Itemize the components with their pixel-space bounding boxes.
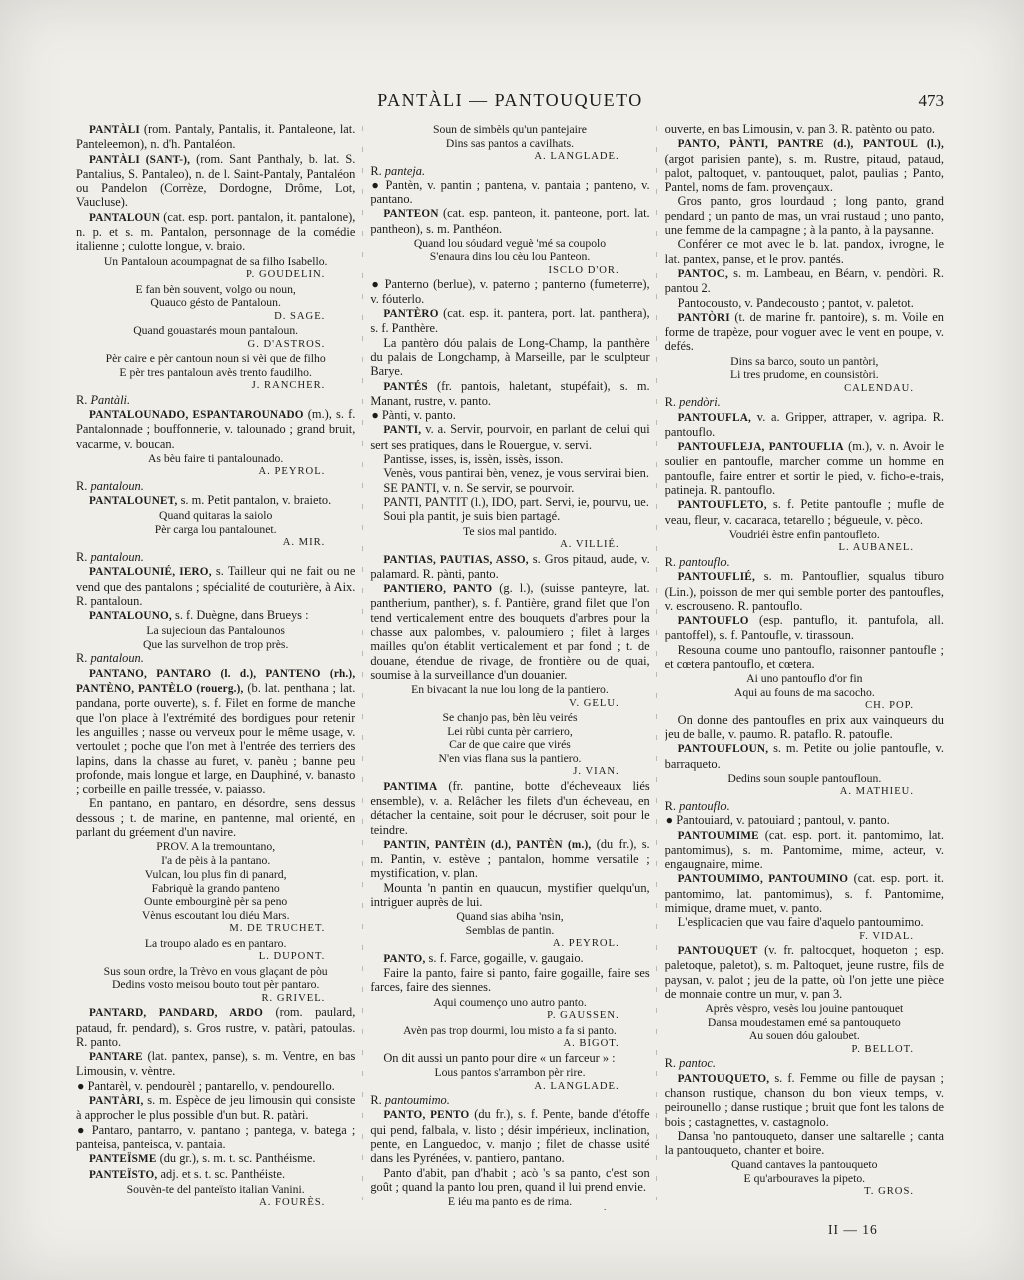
etymology-reference: R. pendòri. xyxy=(665,395,944,409)
dictionary-entry: PANTÒRI (t. de marine fr. pantoire), s. … xyxy=(665,310,944,354)
verse-quote: Sus soun ordre, la Trèvo en vous glaçant… xyxy=(76,964,355,992)
paragraph: Faire la panto, faire si panto, faire go… xyxy=(370,966,649,995)
verse-line: Quand quitaras la saiolo xyxy=(76,509,355,523)
headword: PANTO, PENTO xyxy=(383,1109,469,1121)
verse-line: Vulcan, lou plus fin di panard, xyxy=(76,868,355,882)
headword: PANTO, PÀNTI, PANTRE (d.), PANTOUL (l.), xyxy=(678,138,944,150)
etymon: pantaloun. xyxy=(90,550,143,564)
verse-line: Dansa moudestamen emé sa pantouqueto xyxy=(665,1016,944,1030)
cross-reference-note: ● Pantouiard, v. patouiard ; pantoul, v.… xyxy=(665,813,944,827)
verse-line: Quand cantaves la pantouqueto xyxy=(665,1158,944,1172)
verse-line: Aqui coumenço uno autro panto. xyxy=(370,996,649,1010)
headword: PANTIAS, PAUTIAS, ASSO, xyxy=(383,554,528,566)
verse-line: Dins sa barco, souto un pantòri, xyxy=(665,355,944,369)
citation-author: R. GRIVEL. xyxy=(76,992,355,1006)
citation-author: A. BIGOT. xyxy=(370,1037,649,1051)
etymology-reference: R. pantaloun. xyxy=(76,479,355,493)
citation-author: D. SAGE. xyxy=(76,310,355,324)
dictionary-entry: PANTI, v. a. Servir, pourvoir, en parlan… xyxy=(370,422,649,452)
headword: PANTOUMIMO, PANTOUMINO xyxy=(678,873,849,885)
paragraph: Soui pla pantit, je suis bien partagé. xyxy=(370,509,649,523)
headword: PANTOUFLEJA, PANTOUFLIA xyxy=(678,441,844,453)
verse-quote: La troupo alado es en pantaro. xyxy=(76,936,355,951)
verse-line: E pèr tres pantaloun avès trento faudilh… xyxy=(76,366,355,380)
dictionary-entry: PANTOUFLIÉ, s. m. Pantouflier, squalus t… xyxy=(665,569,944,613)
verse-line: Dedins vosto meisou bouto tout pèr panta… xyxy=(76,978,355,992)
verse-line: Pèr carga lou pantalounet. xyxy=(76,523,355,537)
headword: PANTO, xyxy=(383,953,425,965)
verse-line: As bèu faire ti pantalounado. xyxy=(76,452,355,466)
dictionary-entry: PANTOUMIMO, PANTOUMINO (cat. esp. port. … xyxy=(665,871,944,915)
paragraph: L'esplicacien que vau faire d'aquelo pan… xyxy=(665,915,944,929)
verse-quote: Quand gouastarés moun pantaloun. xyxy=(76,323,355,338)
paragraph: Panto d'abit, pan d'habit ; acò 's sa pa… xyxy=(370,1166,649,1195)
paragraph: SE PANTI, v. n. Se servir, se pourvoir. xyxy=(370,481,649,495)
dictionary-entry: PANTO, PENTO (du fr.), s. f. Pente, band… xyxy=(370,1107,649,1165)
verse-quote: La sujecioun das PantalounosQue las surv… xyxy=(76,623,355,651)
etymon: pantoumimo. xyxy=(385,1093,450,1107)
paragraph-continuation: ouverte, en bas Limousin, v. pan 3. R. p… xyxy=(665,122,944,136)
verse-quote: Se chanjo pas, bèn lèu veirésLei rùbi cu… xyxy=(370,710,649,765)
citation-author: A. LANGLADE. xyxy=(370,150,649,164)
verse-quote: Après vèspro, vesès lou jouine pantouque… xyxy=(665,1001,944,1043)
headword: PANTANO, PANTARO (l. d.), PANTENO (rh.),… xyxy=(76,668,355,695)
verse-line: N'en vias flana sus la pantiero. xyxy=(370,752,649,766)
verse-line: Sus soun ordre, la Trèvo en vous glaçant… xyxy=(76,965,355,979)
citation-author: ISCLO D'OR. xyxy=(370,264,649,278)
headword: PANTOUFLA, xyxy=(678,412,751,424)
headword: PANTALOUNIÉ, IERO, xyxy=(89,566,212,578)
citation-author: J. RANCHER. xyxy=(76,379,355,393)
verse-line: Souvèn-te del panteïsto italian Vanini. xyxy=(76,1183,355,1197)
dictionary-entry: PANTÈRO (cat. esp. it. pantera, port. la… xyxy=(370,306,649,336)
headword: PANTALOUN xyxy=(89,212,160,224)
dictionary-entry: PANTALOUNET, s. m. Petit pantalon, v. br… xyxy=(76,493,355,508)
verse-line: Lous pantos s'arrambon pèr rire. xyxy=(370,1066,649,1080)
citation-author: P. BELLOT. xyxy=(665,1043,944,1057)
signature-mark: II — 16 xyxy=(828,1222,878,1238)
citation-author: A. PEYROL. xyxy=(76,465,355,479)
verse-quote: As bèu faire ti pantalounado. xyxy=(76,451,355,466)
running-head: PANTÀLI — PANTOUQUETO 473 xyxy=(76,90,944,118)
verse-line: E iéu ma panto es de rima. xyxy=(370,1195,649,1209)
paragraph: PANTI, PANTIT (l.), IDO, part. Servi, ie… xyxy=(370,495,649,509)
citation-author: G. D'ASTROS. xyxy=(76,338,355,352)
verse-line: Li tres prudome, en counsistòri. xyxy=(665,368,944,382)
headword: PANTOC, xyxy=(678,268,728,280)
etymology-reference: R. panteja. xyxy=(370,164,649,178)
headword: PANTÀLI xyxy=(89,124,140,136)
citation-author: M. DE TRUCHET. xyxy=(76,922,355,936)
paragraph: Pantisse, isses, is, issèn, issès, isson… xyxy=(370,452,649,466)
verse-line: Fabriquè la grando panteno xyxy=(76,882,355,896)
verse-line: Aqui au founs de ma sacocho. xyxy=(665,686,944,700)
citation-author: V. GELU. xyxy=(370,697,649,711)
etymon: pantoc. xyxy=(679,1056,716,1070)
headword: PANTOUMIME xyxy=(678,830,759,842)
verse-line: Vènus escoutant lou diéu Mars. xyxy=(76,909,355,923)
verse-line: Voudriéi èstre enfin pantoufleto. xyxy=(665,528,944,542)
verse-quote: Quand sias abiha 'nsin,Semblas de pantin… xyxy=(370,909,649,937)
paragraph: Gros panto, gros lourdaud ; long panto, … xyxy=(665,194,944,237)
verse-quote: Dins sa barco, souto un pantòri,Li tres … xyxy=(665,354,944,382)
dictionary-entry: PANTEÏSTO, adj. et s. t. sc. Panthéiste. xyxy=(76,1167,355,1182)
headword: PANTOUFLOUN, xyxy=(678,743,769,755)
verse-quote: Vulcan, lou plus fin di panard,Fabriquè … xyxy=(76,867,355,922)
citation-author: CALENDAU. xyxy=(665,382,944,396)
verse-line: Lei rùbi cunta pèr carriero, xyxy=(370,725,649,739)
headword: PANTÉS xyxy=(383,381,428,393)
verse-line: E fan bèn souvent, volgo ou noun, xyxy=(76,283,355,297)
headword: PANTÈRO xyxy=(383,308,438,320)
etymon: Pantàli. xyxy=(90,393,130,407)
etymology-reference: R. pantouflo. xyxy=(665,555,944,569)
citation-author: CH. POP. xyxy=(665,699,944,713)
etymology-reference: R. pantoc. xyxy=(665,1056,944,1070)
etymology-reference: R. pantaloun. xyxy=(76,651,355,665)
verse-line: Un Pantaloun acoumpagnat de sa filho Isa… xyxy=(76,255,355,269)
paragraph: Mounta 'n pantin en quaucun, mystifier q… xyxy=(370,881,649,910)
verse-line: Semblas de pantin. xyxy=(370,924,649,938)
paragraph: En pantano, en pantaro, en désordre, sen… xyxy=(76,796,355,839)
citation-author: J. VIAN. xyxy=(370,765,649,779)
verse-line: Après vèspro, vesès lou jouine pantouque… xyxy=(665,1002,944,1016)
headword: PANTOUFLO xyxy=(678,615,749,627)
paragraph: Pantocousto, v. Pandecousto ; pantot, v.… xyxy=(665,296,944,310)
etymon: pantouflo. xyxy=(679,555,730,569)
dictionary-entry: PANTOUFLA, v. a. Gripper, attraper, v. a… xyxy=(665,410,944,440)
cross-reference-note: ● Pantarèl, v. pendourèl ; pantarello, v… xyxy=(76,1079,355,1093)
page-content: PANTÀLI — PANTOUQUETO 473 PANTÀLI (rom. … xyxy=(76,90,944,1210)
dictionary-entry: PANTOUQUETO, s. f. Femme ou fille de pay… xyxy=(665,1071,944,1129)
citation-author: L. DUPONT. xyxy=(76,950,355,964)
headword: PANTOUFLIÉ, xyxy=(678,571,755,583)
headword: PANTI, xyxy=(383,424,421,436)
paragraph: On dit aussi un panto pour dire « un far… xyxy=(370,1051,649,1065)
verse-quote: Ai uno pantouflo d'or finAqui au founs d… xyxy=(665,671,944,699)
verse-line: Que las survelhon de trop près. xyxy=(76,638,355,652)
verse-quote: Pèr caire e pèr cantoun noun si vèi que … xyxy=(76,351,355,379)
verse-line: PROV. A la tremountano, xyxy=(76,840,355,854)
verse-quote: Souvèn-te del panteïsto italian Vanini. xyxy=(76,1182,355,1197)
verse-line: Ounte embourginè pèr sa peno xyxy=(76,895,355,909)
dictionary-entry: PANTÀLI (SANT-), (rom. Sant Panthaly, b.… xyxy=(76,152,355,210)
headword: PANTEÏSME xyxy=(89,1153,156,1165)
etymon: pantaloun. xyxy=(90,651,143,665)
verse-quote: Aqui coumenço uno autro panto. xyxy=(370,995,649,1010)
dictionary-entry: PANTO, s. f. Farce, gogaille, v. gaugaio… xyxy=(370,951,649,966)
dictionary-entry: PANTOUFLO (esp. pantuflo, it. pantufola,… xyxy=(665,613,944,643)
dictionary-entry: PANTOUQUET (v. fr. paltocquet, hoqueton … xyxy=(665,943,944,1001)
headword: PANTÒRI xyxy=(678,312,730,324)
paragraph: Conférer ce mot avec le b. lat. pandox, … xyxy=(665,237,944,266)
citation-author: A. VILLIÉ. xyxy=(370,538,649,552)
verse-quote: E fan bèn souvent, volgo ou noun,Quauco … xyxy=(76,282,355,310)
columns-container: PANTÀLI (rom. Pantaly, Pantalis, it. Pan… xyxy=(76,122,944,1210)
dictionary-entry: PANTIERO, PANTO (g. l.), (suisse panteyr… xyxy=(370,581,649,682)
etymon: panteja. xyxy=(385,164,425,178)
verse-quote: Voudriéi èstre enfin pantoufleto. xyxy=(665,527,944,542)
dictionary-entry: PANTÀRI, s. m. Espèce de jeu limousin qu… xyxy=(76,1093,355,1123)
etymon: pantaloun. xyxy=(90,479,143,493)
dictionary-entry: PANTARD, PANDARD, ARDO (rom. paulard, pa… xyxy=(76,1005,355,1049)
cross-reference-note: ● Pantaro, pantarro, v. pantano ; panteg… xyxy=(76,1123,355,1152)
verse-line: S'enaura dins lou cèu lou Panteon. xyxy=(370,250,649,264)
headword: PANTOUFLETO, xyxy=(678,499,767,511)
verse-line: Quand gouastarés moun pantaloun. xyxy=(76,324,355,338)
headword: PANTEON xyxy=(383,208,438,220)
verse-line: Te sios mal pantido. xyxy=(370,525,649,539)
dictionary-entry: PANTOUFLEJA, PANTOUFLIA (m.), v. n. Avoi… xyxy=(665,439,944,497)
verse-line: Avèn pas trop dourmi, lou misto a fa si … xyxy=(370,1024,649,1038)
citation-author: P. GOUDELIN. xyxy=(76,268,355,282)
headword: PANTOUQUETO, xyxy=(678,1073,770,1085)
verse-line: Au souen dóu galoubet. xyxy=(665,1029,944,1043)
headword: PANTÀLI (SANT-), xyxy=(89,154,190,166)
dictionary-entry: PANTALOUNADO, ESPANTAROUNADO (m.), s. f.… xyxy=(76,407,355,451)
citation-author: M. BARTHÉS. xyxy=(370,1209,649,1210)
verse-line: La sujecioun das Pantalounos xyxy=(76,624,355,638)
verse-line: Ai uno pantouflo d'or fin xyxy=(665,672,944,686)
verse-quote: Quand cantaves la pantouquetoE qu'arbour… xyxy=(665,1157,944,1185)
verse-line: Dins sas pantos a cavilhats. xyxy=(370,137,649,151)
etymology-reference: R. pantouflo. xyxy=(665,799,944,813)
verse-line: En bivacant la nue lou long de la pantie… xyxy=(370,683,649,697)
headword: PANTÀRI, xyxy=(89,1095,144,1107)
paragraph: Venès, vous pantirai bèn, venez, je vous… xyxy=(370,466,649,480)
dictionary-entry: PANTEÏSME (du gr.), s. m. t. sc. Panthéi… xyxy=(76,1151,355,1166)
headword: PANTEÏSTO, xyxy=(89,1169,157,1181)
scanned-dictionary-page: PANTÀLI — PANTOUQUETO 473 PANTÀLI (rom. … xyxy=(0,0,1024,1280)
verse-line: Soun de simbèls qu'un pantejaire xyxy=(370,123,649,137)
paragraph: On donne des pantoufles en prix aux vain… xyxy=(665,713,944,742)
citation-author: F. VIDAL. xyxy=(665,930,944,944)
dictionary-entry: PANTALOUNIÉ, IERO, s. Tailleur qui ne fa… xyxy=(76,564,355,608)
verse-quote: Avèn pas trop dourmi, lou misto a fa si … xyxy=(370,1023,649,1038)
citation-author: A. MIR. xyxy=(76,536,355,550)
paragraph: La pantèro dóu palais de Long-Champ, la … xyxy=(370,336,649,379)
dictionary-entry: PANTEON (cat. esp. panteon, it. panteone… xyxy=(370,206,649,236)
paragraph: Dansa 'no pantouqueto, danser une saltar… xyxy=(665,1129,944,1158)
verse-line: Pèr caire e pèr cantoun noun si vèi que … xyxy=(76,352,355,366)
column-1: PANTÀLI (rom. Pantaly, Pantalis, it. Pan… xyxy=(76,122,355,1210)
verse-line: Car de que caire que virés xyxy=(370,738,649,752)
dictionary-entry: PANTARE (lat. pantex, panse), s. m. Vent… xyxy=(76,1049,355,1079)
headword: PANTALOUNO, xyxy=(89,610,172,622)
verse-quote: Un Pantaloun acoumpagnat de sa filho Isa… xyxy=(76,254,355,269)
citation-author: P. GAUSSEN. xyxy=(370,1009,649,1023)
citation-author: A. LANGLADE. xyxy=(370,1080,649,1094)
verse-line: Dedins soun souple pantoufloun. xyxy=(665,772,944,786)
headword: PANTIMA xyxy=(383,781,437,793)
cross-reference-note: ● Panterno (berlue), v. paterno ; panter… xyxy=(370,277,649,306)
verse-line: Se chanjo pas, bèn lèu veirés xyxy=(370,711,649,725)
cross-reference-note: ● Pànti, v. panto. xyxy=(370,408,649,422)
column-rule xyxy=(362,126,363,1200)
headword: PANTARE xyxy=(89,1051,143,1063)
column-rule xyxy=(656,126,657,1200)
cross-reference-note: ● Pantèn, v. pantin ; pantena, v. pantai… xyxy=(370,178,649,207)
dictionary-entry: PANTÀLI (rom. Pantaly, Pantalis, it. Pan… xyxy=(76,122,355,152)
page-number: 473 xyxy=(919,91,945,111)
column-3: ouverte, en bas Limousin, v. pan 3. R. p… xyxy=(665,122,944,1210)
dictionary-entry: PANTALOUN (cat. esp. port. pantalon, it.… xyxy=(76,210,355,254)
headword: PANTOUQUET xyxy=(678,945,758,957)
dictionary-entry: PANTOUFLOUN, s. m. Petite ou jolie panto… xyxy=(665,741,944,771)
dictionary-entry: PANTOUFLETO, s. f. Petite pantoufle ; mu… xyxy=(665,497,944,527)
citation-author: A. MATHIEU. xyxy=(665,785,944,799)
citation-author: A. FOURÈS. xyxy=(76,1196,355,1210)
dictionary-entry: PANTIMA (fr. pantine, botte d'écheveaux … xyxy=(370,779,649,837)
verse-quote: Lous pantos s'arrambon pèr rire. xyxy=(370,1065,649,1080)
dictionary-entry: PANTOUMIME (cat. esp. port. it. pantomim… xyxy=(665,828,944,872)
verse-quote: Soun de simbèls qu'un pantejaireDins sas… xyxy=(370,122,649,150)
etymology-reference: R. pantoumimo. xyxy=(370,1093,649,1107)
verse-quote: Dedins soun souple pantoufloun. xyxy=(665,771,944,786)
verse-quote: Te sios mal pantido. xyxy=(370,524,649,539)
headword: PANTIN, PANTÈIN (d.), PANTÈN (m.), xyxy=(383,839,591,851)
citation-author: A. PEYROL. xyxy=(370,937,649,951)
etymon: pantouflo. xyxy=(679,799,730,813)
citation-author: L. AUBANEL. xyxy=(665,541,944,555)
dictionary-entry: PANTOC, s. m. Lambeau, en Béarn, v. pend… xyxy=(665,266,944,296)
verse-line: La troupo alado es en pantaro. xyxy=(76,937,355,951)
dictionary-entry: PANTÉS (fr. pantois, haletant, stupéfait… xyxy=(370,379,649,409)
verse-line: Quand sias abiha 'nsin, xyxy=(370,910,649,924)
verse-line: Quand lou sóudard veguè 'mé sa coupolo xyxy=(370,237,649,251)
dictionary-entry: PANTALOUNO, s. f. Duègne, dans Brueys : xyxy=(76,608,355,623)
headword: PANTALOUNADO, ESPANTAROUNADO xyxy=(89,409,304,421)
dictionary-entry: PANTIAS, PAUTIAS, ASSO, s. Gros pitaud, … xyxy=(370,552,649,582)
verse-quote: PROV. A la tremountano,I'a de pèis à la … xyxy=(76,839,355,867)
verse-quote: E iéu ma panto es de rima. xyxy=(370,1194,649,1209)
headword: PANTIERO, PANTO xyxy=(383,583,492,595)
paragraph: Resouna coume uno pantouflo, raisonner p… xyxy=(665,643,944,672)
etymology-reference: R. pantaloun. xyxy=(76,550,355,564)
verse-quote: Quand lou sóudard veguè 'mé sa coupoloS'… xyxy=(370,236,649,264)
etymon: pendòri. xyxy=(679,395,721,409)
headword: PANTALOUNET, xyxy=(89,495,177,507)
dictionary-entry: PANTIN, PANTÈIN (d.), PANTÈN (m.), (du f… xyxy=(370,837,649,881)
headword: PANTARD, PANDARD, ARDO xyxy=(89,1007,263,1019)
citation-author: T. GROS. xyxy=(665,1185,944,1199)
dictionary-entry: PANTANO, PANTARO (l. d.), PANTENO (rh.),… xyxy=(76,666,355,797)
dictionary-entry: PANTO, PÀNTI, PANTRE (d.), PANTOUL (l.),… xyxy=(665,136,944,194)
page-title: PANTÀLI — PANTOUQUETO xyxy=(76,90,944,111)
verse-line: I'a de pèis à la pantano. xyxy=(76,854,355,868)
etymology-reference: R. Pantàli. xyxy=(76,393,355,407)
verse-line: E qu'arbouraves la pipeto. xyxy=(665,1172,944,1186)
verse-line: Quauco gésto de Pantaloun. xyxy=(76,296,355,310)
column-2: Soun de simbèls qu'un pantejaireDins sas… xyxy=(370,122,649,1210)
verse-quote: En bivacant la nue lou long de la pantie… xyxy=(370,682,649,697)
verse-quote: Quand quitaras la saioloPèr carga lou pa… xyxy=(76,508,355,536)
